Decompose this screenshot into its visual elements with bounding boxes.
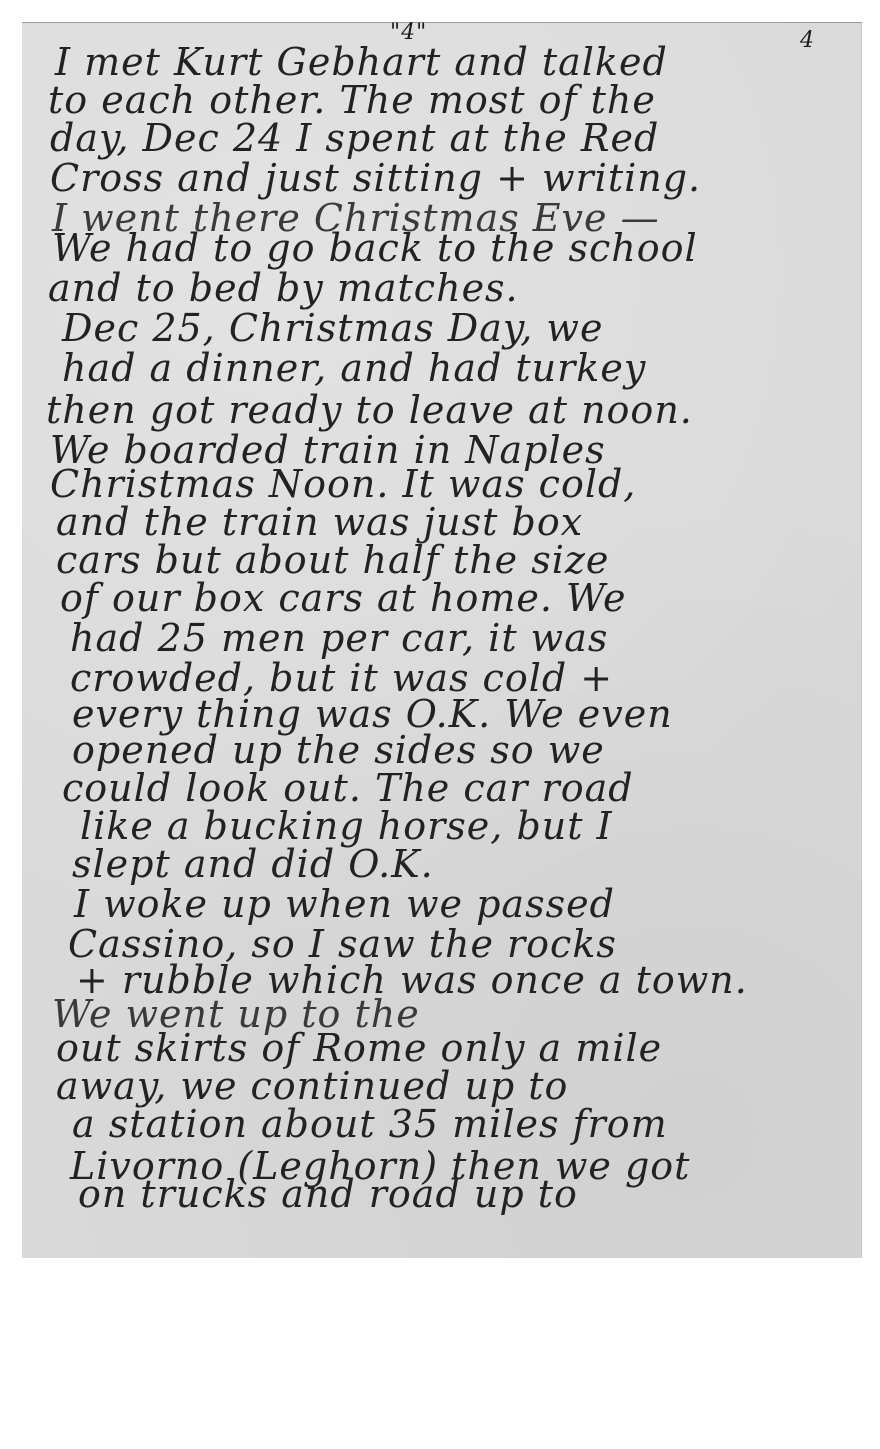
handwritten-line: had a dinner, and had turkey xyxy=(62,346,646,390)
handwritten-line: Cross and just sitting + writing. xyxy=(50,156,701,200)
handwritten-line: We had to go back to the school xyxy=(52,226,698,270)
handwritten-line: slept and did O.K. xyxy=(72,842,434,886)
handwritten-line: of our box cars at home. We xyxy=(60,576,627,620)
page-number: 4 xyxy=(800,28,814,53)
handwritten-line: then got ready to leave at noon. xyxy=(46,388,693,432)
handwritten-line: I woke up when we passed xyxy=(74,882,615,926)
handwritten-line: Dec 25, Christmas Day, we xyxy=(62,306,603,350)
handwritten-line: on trucks and road up to xyxy=(78,1172,578,1216)
handwritten-line: a station about 35 miles from xyxy=(72,1102,668,1146)
handwritten-line: had 25 men per car, it was xyxy=(70,616,608,660)
handwritten-line: and to bed by matches. xyxy=(48,266,519,310)
handwritten-line: day, Dec 24 I spent at the Red xyxy=(50,116,659,160)
